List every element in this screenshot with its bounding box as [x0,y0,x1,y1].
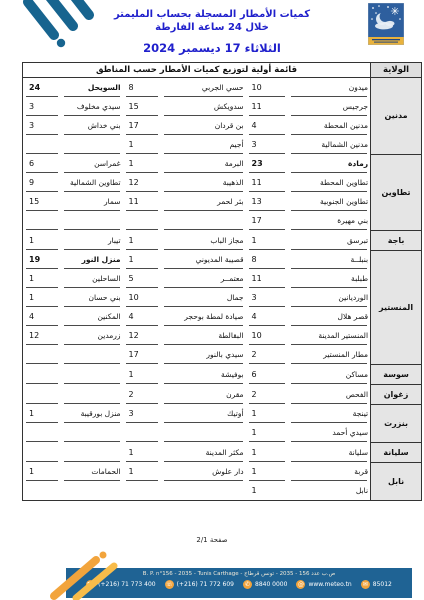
region-name-cell: نابل [288,481,371,501]
table-row: الورديانين3جمال10بني حسان1 [23,288,422,307]
rain-value-cell [23,481,61,501]
wilaya-cell: زغوان [371,384,422,404]
rain-value-cell: 1 [246,481,288,501]
regions-list-header: قائمة أولية لتوزيع كميات الأمطار حسب الم… [23,63,371,78]
rain-value-cell: 19 [23,250,61,269]
table-row: تطاوينرمادة23البرمة1غمراسن6 [23,154,422,173]
footer-contact-label: (+216) 71 772 609 [177,581,234,588]
table-row: سيدي أحمد1 [23,423,422,442]
rain-value-cell: 1 [246,462,288,481]
region-name-cell: الحمامات [61,462,123,481]
rain-value-cell: 4 [246,116,288,135]
region-name-cell [61,384,123,404]
wilaya-cell: المنستير [371,250,422,364]
footer-contact-label: www.meteo.tn [308,581,351,588]
region-name-cell: بنبلــة [288,250,371,269]
table-row: باجةتبرسق1مجاز الباب1تيبار1 [23,230,422,250]
rain-value-cell: 23 [246,154,288,173]
region-name-cell: مكثر المدينة [161,442,246,462]
region-name-cell: السويحل [61,78,123,98]
rain-value-cell [23,384,61,404]
region-name-cell: البقالطة [161,326,246,345]
rain-value-cell: 1 [23,269,61,288]
rain-value-cell: 24 [23,78,61,98]
region-name-cell: زرمدين [61,326,123,345]
table-row: بنزرتتينجة1أوتيك3منزل بورقيبة1 [23,404,422,423]
table-row: تطاوين الجنوبية13بئر لحمر11سمار15 [23,192,422,211]
rain-value-cell: 1 [23,288,61,307]
table-header-row: الولاية قائمة أولية لتوزيع كميات الأمطار… [23,63,422,78]
region-name-cell: جرجيس [288,97,371,116]
region-name-cell: صيادة لمطة بوحجر [161,307,246,326]
table-row: نابل1 [23,481,422,501]
rain-value-cell: 8 [123,78,161,98]
rain-value-cell: 3 [23,97,61,116]
rain-value-cell: 17 [246,211,288,230]
rain-value-cell: 6 [23,154,61,173]
region-name-cell: أوتيك [161,404,246,423]
rain-value-cell: 11 [123,192,161,211]
droplet-dot [57,39,65,47]
region-name-cell: الورديانين [288,288,371,307]
region-name-cell: بئر لحمر [161,192,246,211]
report-date: الثلاثاء 17 ديسمبر 2024 [90,41,334,55]
rain-value-cell: 1 [246,404,288,423]
rain-value-cell: 3 [246,135,288,154]
region-name-cell [61,211,123,230]
rain-value-cell [23,423,61,442]
region-name-cell: تبرسق [288,230,371,250]
fax-icon: ☏ [165,580,174,589]
region-name-cell: بني مهيرة [288,211,371,230]
rain-value-cell: 3 [246,288,288,307]
rain-value-cell: 1 [123,462,161,481]
region-name-cell [161,481,246,501]
region-name-cell: قصيبة المديوني [161,250,246,269]
rain-value-cell [123,481,161,501]
region-name-cell: سيدي مخلوف [61,97,123,116]
footer-contact-label: 85012 [373,581,392,588]
rain-value-cell: 12 [123,326,161,345]
hotline-icon: ✆ [243,580,252,589]
region-name-cell: مقرن [161,384,246,404]
region-name-cell: قربة [288,462,371,481]
table-row: مدنين الشمالية3أجيم1 [23,135,422,154]
region-name-cell: الذهيبة [161,173,246,192]
region-name-cell: غمراسن [61,154,123,173]
rain-value-cell: 1 [123,442,161,462]
sms-icon: ✉ [361,580,370,589]
report-title-line1: كميات الأمطار المسجلة بحساب المليمتر [90,8,334,21]
wilaya-cell: مدنين [371,78,422,155]
rain-value-cell: 12 [123,173,161,192]
region-name-cell: سدويكش [161,97,246,116]
wilaya-column-header: الولاية [371,63,422,78]
rain-value-cell: 2 [123,384,161,404]
region-name-cell: سيدي أحمد [288,423,371,442]
sun-star-icon: ✳ [390,5,399,18]
rain-value-cell: 1 [123,135,161,154]
region-name-cell: أجيم [161,135,246,154]
rain-value-cell [123,211,161,230]
rain-value-cell: 15 [123,97,161,116]
table-row: المنستيربنبلــة8قصيبة المديوني1منزل النو… [23,250,422,269]
rain-value-cell: 1 [23,462,61,481]
wilaya-cell: سليانة [371,442,422,462]
rain-value-cell: 4 [123,307,161,326]
emblem-text-band [368,37,404,45]
rain-value-cell: 10 [123,288,161,307]
region-name-cell [61,135,123,154]
table-row: بني مهيرة17 [23,211,422,230]
rain-value-cell [123,423,161,442]
rain-value-cell: 2 [246,345,288,364]
rain-value-cell: 3 [123,404,161,423]
region-name-cell [61,423,123,442]
inm-rain-streaks-logo [10,0,94,50]
region-name-cell [61,481,123,501]
region-name-cell: تينجة [288,404,371,423]
region-name-cell: بني حسان [61,288,123,307]
region-name-cell [61,442,123,462]
region-name-cell [161,211,246,230]
region-name-cell: منزل النور [61,250,123,269]
table-row: تطاوين المحطة11الذهيبة12تطاوين الشمالية9 [23,173,422,192]
report-titles: كميات الأمطار المسجلة بحساب المليمتر خلا… [90,8,334,55]
region-name-cell: بني خداش [61,116,123,135]
region-name-cell [161,423,246,442]
rainfall-table: الولاية قائمة أولية لتوزيع كميات الأمطار… [22,62,422,501]
region-name-cell: رمادة [288,154,371,173]
region-name-cell: مدنين الشمالية [288,135,371,154]
rain-value-cell: 1 [246,423,288,442]
footer-contact-label: 8840 0000 [255,581,287,588]
footer-contact-item: @www.meteo.tn [296,580,351,589]
region-name-cell: تيبار [61,230,123,250]
inm-emblem-logo: ✳ [368,3,404,45]
table-row: مطار المنستير2سيدي بالنور17 [23,345,422,364]
rain-value-cell: 12 [23,326,61,345]
rain-value-cell: 17 [123,116,161,135]
region-name-cell: طبلبة [288,269,371,288]
table-row: سوسةمساكن6بوفيشة1 [23,364,422,384]
rain-value-cell: 4 [23,307,61,326]
rain-value-cell: 8 [246,250,288,269]
table-row: مدنين المحطة4بن قردان17بني خداش3 [23,116,422,135]
region-name-cell: مطار المنستير [288,345,371,364]
rain-value-cell: 17 [123,345,161,364]
rain-value-cell: 1 [123,250,161,269]
region-name-cell: المنستير المدينة [288,326,371,345]
rain-value-cell: 1 [246,230,288,250]
table-row: جرجيس11سدويكش15سيدي مخلوف3 [23,97,422,116]
region-name-cell: منزل بورقيبة [61,404,123,423]
rain-value-cell: 1 [246,442,288,462]
rain-value-cell: 6 [246,364,288,384]
region-name-cell: مدنين المحطة [288,116,371,135]
region-name-cell: تطاوين الجنوبية [288,192,371,211]
rain-value-cell: 2 [246,384,288,404]
region-name-cell [61,364,123,384]
table-row: المنستير المدينة10البقالطة12زرمدين12 [23,326,422,345]
rain-value-cell: 1 [123,364,161,384]
rain-value-cell [23,135,61,154]
region-name-cell: معتمــر [161,269,246,288]
table-row: قصر هلال4صيادة لمطة بوحجر4المكنين4 [23,307,422,326]
region-name-cell [61,345,123,364]
footer-stripes-decoration [40,548,136,600]
wilaya-cell: سوسة [371,364,422,384]
footer-contact-item: ☏(+216) 71 772 609 [165,580,234,589]
region-name-cell: تطاوين المحطة [288,173,371,192]
rain-value-cell: 4 [246,307,288,326]
wilaya-cell: باجة [371,230,422,250]
rain-value-cell [23,442,61,462]
page-number: صفحة 2/1 [0,536,424,544]
region-name-cell: سمار [61,192,123,211]
region-name-cell: البرمة [161,154,246,173]
rainfall-bulletin-page: { "page": { "title_line1": "كميات الأمطا… [0,0,424,600]
rain-value-cell [23,345,61,364]
rain-value-cell: 1 [123,230,161,250]
region-name-cell: المكنين [61,307,123,326]
rain-value-cell: 1 [23,404,61,423]
region-name-cell: الساحلين [61,269,123,288]
table-row: طبلبة11معتمــر5الساحلين1 [23,269,422,288]
region-name-cell: حسي الجربي [161,78,246,98]
table-row: نابلقربة1دار علوش1الحمامات1 [23,462,422,481]
region-name-cell: بن قردان [161,116,246,135]
report-title-line2: خلال 24 ساعة الفارطة [90,21,334,34]
rain-value-cell: 10 [246,78,288,98]
region-name-cell: سيدي بالنور [161,345,246,364]
region-name-cell: الفحص [288,384,371,404]
rain-value-cell: 5 [123,269,161,288]
wilaya-cell: نابل [371,462,422,501]
region-name-cell: ميدون [288,78,371,98]
region-name-cell: دار علوش [161,462,246,481]
rain-value-cell: 11 [246,269,288,288]
region-name-cell: قصر هلال [288,307,371,326]
region-name-cell: بوفيشة [161,364,246,384]
wilaya-cell: تطاوين [371,154,422,230]
footer-contact-item: ✆8840 0000 [243,580,287,589]
footer-contact-item: ✉85012 [361,580,392,589]
rain-value-cell: 3 [23,116,61,135]
wilaya-cell: بنزرت [371,404,422,442]
region-name-cell: مجاز الباب [161,230,246,250]
rain-value-cell: 10 [246,326,288,345]
region-name-cell: جمال [161,288,246,307]
rain-value-cell [23,211,61,230]
rain-value-cell: 11 [246,173,288,192]
rain-value-cell: 9 [23,173,61,192]
rain-value-cell: 1 [23,230,61,250]
rain-value-cell: 15 [23,192,61,211]
rain-table-body: مدنينميدون10حسي الجربي8السويحل24جرجيس11س… [23,78,422,501]
rain-value-cell: 11 [246,97,288,116]
website-icon: @ [296,580,305,589]
region-name-cell: مساكن [288,364,371,384]
table-row: زغوانالفحص2مقرن2 [23,384,422,404]
region-name-cell: سليانة [288,442,371,462]
rain-value-cell [23,364,61,384]
table-row: سليانةسليانة1مكثر المدينة1 [23,442,422,462]
rain-value-cell: 13 [246,192,288,211]
table-row: مدنينميدون10حسي الجربي8السويحل24 [23,78,422,98]
rain-value-cell: 1 [123,154,161,173]
region-name-cell: تطاوين الشمالية [61,173,123,192]
